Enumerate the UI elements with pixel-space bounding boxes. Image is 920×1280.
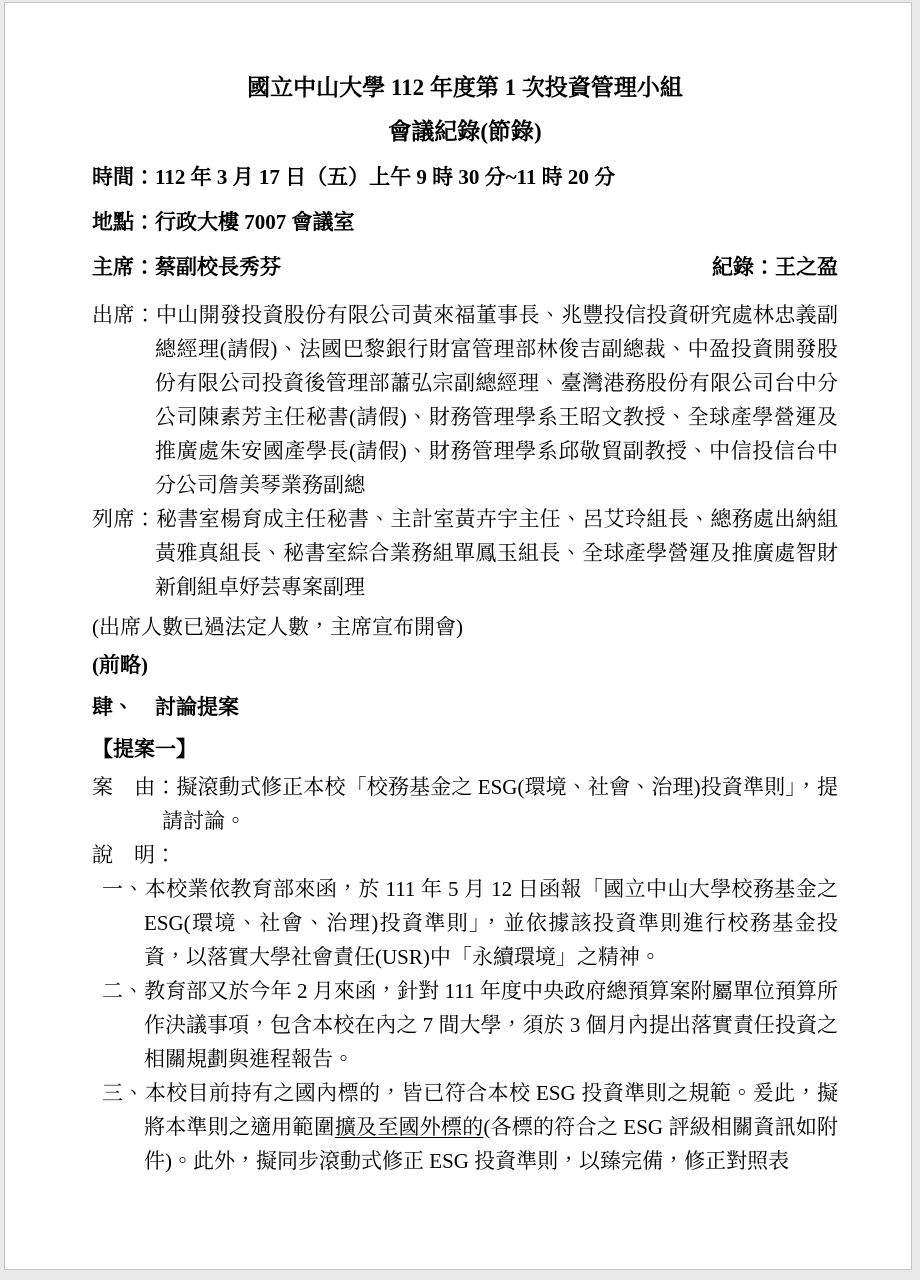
proposal-one-heading: 【提案一】: [92, 728, 838, 770]
chair-recorder-row: 主席：蔡副校長秀芬紀錄：王之盈: [92, 245, 838, 290]
case-text: 擬滾動式修正本校「校務基金之 ESG(環境、社會、治理)投資準則」，提請討論。: [162, 775, 838, 833]
case-label: 案 由：: [92, 775, 177, 799]
attendees-present: 出席：中山開發投資股份有限公司黃來福董事長、兆豐投信投資研究處林忠義副總經理(請…: [92, 298, 838, 502]
meeting-location: 地點：行政大樓 7007 會議室: [92, 200, 838, 245]
document-page: 國立中山大學 112 年度第 1 次投資管理小組 會議紀錄(節錄) 時間：112…: [4, 2, 912, 1270]
document-title-line1: 國立中山大學 112 年度第 1 次投資管理小組: [92, 67, 838, 109]
explanation-item-1: 一、本校業依教育部來函，於 111 年 5 月 12 日函報「國立中山大學校務基…: [102, 872, 838, 974]
omitted-note: (前略): [92, 644, 838, 686]
item-text: 教育部又於今年 2 月來函，針對 111 年度中央政府總預算案附屬單位預算所作決…: [144, 979, 838, 1071]
explanation-item-3: 三、本校目前持有之國內標的，皆已符合本校 ESG 投資準則之規範。爰此，擬將本準…: [102, 1076, 838, 1178]
document-title-line2: 會議紀錄(節錄): [92, 109, 838, 155]
present-names: 中山開發投資股份有限公司黃來福董事長、兆豐投信投資研究處林忠義副總經理(請假)、…: [155, 303, 838, 497]
explanation-label: 說 明：: [92, 838, 838, 872]
quorum-note: (出席人數已過法定人數，主席宣布開會): [92, 610, 838, 644]
section-heading-discussion: 肆、 討論提案: [92, 686, 838, 728]
observers-label: 列席：: [92, 507, 156, 531]
item-number: 一、: [102, 877, 145, 901]
item-text: 本校業依教育部來函，於 111 年 5 月 12 日函報「國立中山大學校務基金之…: [144, 877, 838, 969]
observers-names: 秘書室楊育成主任秘書、主計室黃卉宇主任、呂艾玲組長、總務處出納組黃雅真組長、秘書…: [155, 507, 838, 599]
item-text-underlined: 擴及至國外標的: [335, 1115, 484, 1139]
case-subject: 案 由：擬滾動式修正本校「校務基金之 ESG(環境、社會、治理)投資準則」，提請…: [92, 770, 838, 838]
attendees-observers: 列席：秘書室楊育成主任秘書、主計室黃卉宇主任、呂艾玲組長、總務處出納組黃雅真組長…: [92, 502, 838, 604]
explanation-item-2: 二、教育部又於今年 2 月來函，針對 111 年度中央政府總預算案附屬單位預算所…: [102, 974, 838, 1076]
item-number: 二、: [102, 979, 144, 1003]
meeting-chair: 主席：蔡副校長秀芬: [92, 245, 281, 290]
item-number: 三、: [102, 1081, 145, 1105]
meeting-time: 時間：112 年 3 月 17 日（五）上午 9 時 30 分~11 時 20 …: [92, 155, 838, 200]
meeting-recorder: 紀錄：王之盈: [712, 245, 838, 290]
present-label: 出席：: [92, 303, 156, 327]
